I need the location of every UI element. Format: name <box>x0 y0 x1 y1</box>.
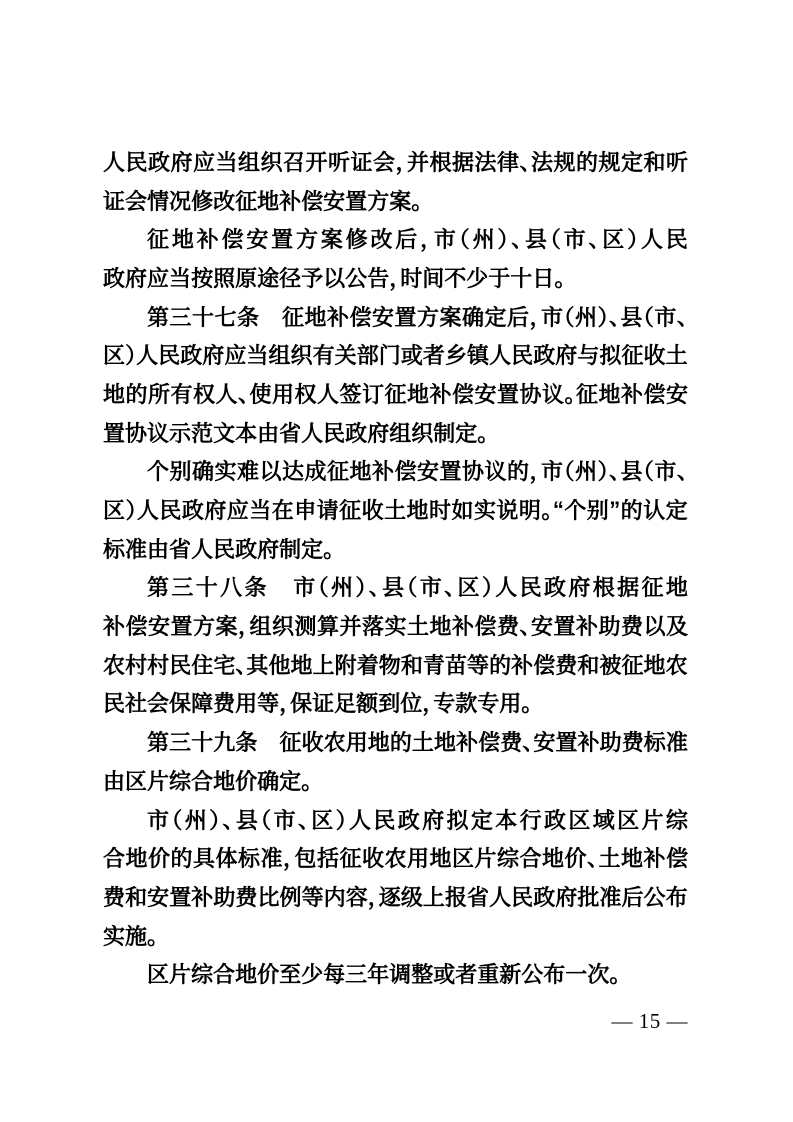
paragraph-line: 区）人民政府应当在申请征收土地时如实说明。“个别”的认定 <box>103 490 688 529</box>
document-page: 人民政府应当组织召开听证会，并根据法律、法规的规定和听证会情况修改征地补偿安置方… <box>0 0 793 1122</box>
paragraph-line: 费和安置补助费比例等内容，逐级上报省人民政府批准后公布 <box>103 877 688 916</box>
paragraph-line: 区片综合地价至少每三年调整或者重新公布一次。 <box>103 954 688 993</box>
paragraph-line: 合地价的具体标准，包括征收农用地区片综合地价、土地补偿 <box>103 838 688 877</box>
paragraph-line: 地的所有权人、使用权人签订征地补偿安置协议。征地补偿安 <box>103 374 688 413</box>
paragraph: 征地补偿安置方案修改后，市（州）、县（市、区）人民政府应当按照原途径予以公告，时… <box>103 219 688 296</box>
paragraph-line: 置协议示范文本由省人民政府组织制定。 <box>103 413 688 452</box>
paragraph-line: 标准由省人民政府制定。 <box>103 529 688 568</box>
paragraph: 市（州）、县（市、区）人民政府拟定本行政区域区片综合地价的具体标准，包括征收农用… <box>103 800 688 955</box>
page-number: — 15 — <box>612 1011 689 1032</box>
paragraph-line: 由区片综合地价确定。 <box>103 761 688 800</box>
document-body: 人民政府应当组织召开听证会，并根据法律、法规的规定和听证会情况修改征地补偿安置方… <box>103 142 688 993</box>
paragraph-line: 市（州）、县（市、区）人民政府拟定本行政区域区片综 <box>103 800 688 839</box>
paragraph-line: 征地补偿安置方案修改后，市（州）、县（市、区）人民 <box>103 219 688 258</box>
paragraph: 区片综合地价至少每三年调整或者重新公布一次。 <box>103 954 688 993</box>
paragraph-line: 区）人民政府应当组织有关部门或者乡镇人民政府与拟征收土 <box>103 335 688 374</box>
paragraph-line: 补偿安置方案，组织测算并落实土地补偿费、安置补助费以及 <box>103 606 688 645</box>
paragraph-line: 个别确实难以达成征地补偿安置协议的，市（州）、县（市、 <box>103 452 688 491</box>
paragraph-line: 实施。 <box>103 916 688 955</box>
paragraph-line: 第三十七条征地补偿安置方案确定后，市（州）、县（市、 <box>103 297 688 336</box>
paragraph: 人民政府应当组织召开听证会，并根据法律、法规的规定和听证会情况修改征地补偿安置方… <box>103 142 688 219</box>
paragraph-line: 农村村民住宅、其他地上附着物和青苗等的补偿费和被征地农 <box>103 645 688 684</box>
paragraph-line: 政府应当按照原途径予以公告，时间不少于十日。 <box>103 258 688 297</box>
paragraph: 第三十九条征收农用地的土地补偿费、安置补助费标准由区片综合地价确定。 <box>103 722 688 799</box>
paragraph-line: 证会情况修改征地补偿安置方案。 <box>103 181 688 220</box>
paragraph-line: 第三十八条市（州）、县（市、区）人民政府根据征地 <box>103 568 688 607</box>
paragraph-line: 民社会保障费用等，保证足额到位，专款专用。 <box>103 684 688 723</box>
paragraph: 个别确实难以达成征地补偿安置协议的，市（州）、县（市、区）人民政府应当在申请征收… <box>103 452 688 568</box>
paragraph: 第三十七条征地补偿安置方案确定后，市（州）、县（市、区）人民政府应当组织有关部门… <box>103 297 688 452</box>
paragraph-line: 人民政府应当组织召开听证会，并根据法律、法规的规定和听 <box>103 142 688 181</box>
paragraph: 第三十八条市（州）、县（市、区）人民政府根据征地补偿安置方案，组织测算并落实土地… <box>103 568 688 723</box>
paragraph-line: 第三十九条征收农用地的土地补偿费、安置补助费标准 <box>103 722 688 761</box>
